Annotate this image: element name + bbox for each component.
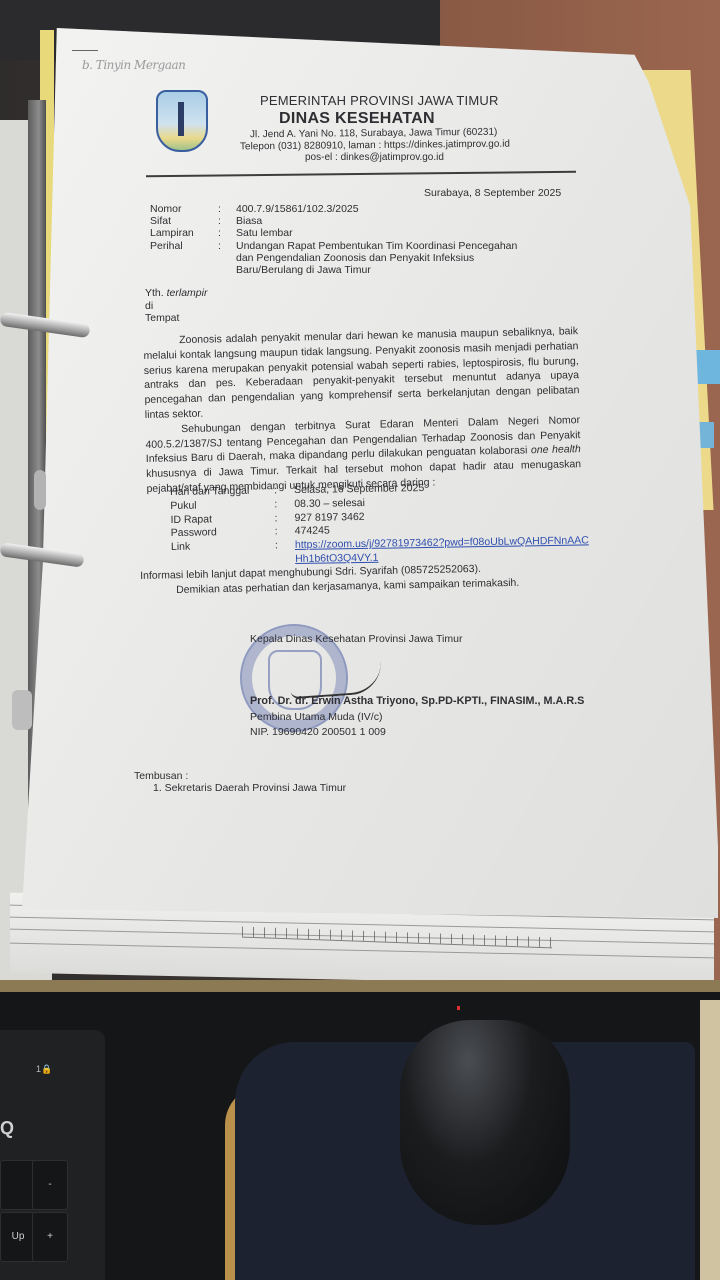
recipient-block: Yth. terlampir di Tempat	[145, 287, 207, 325]
letter-content: b. Tinyin Mergaan PEMERINTAH PROVINSI JA…	[0, 0, 720, 980]
handwritten-note: b. Tinyin Mergaan	[82, 58, 185, 72]
meta-row: Sifat:Biasa	[150, 215, 536, 227]
computer-mouse	[400, 1020, 570, 1225]
letter-body: Zoonosis adalah penyakit menular dari he…	[143, 324, 582, 497]
keyboard-key-minus[interactable]: -	[32, 1160, 68, 1210]
paragraph-zoonosis: Zoonosis adalah penyakit menular dari he…	[143, 324, 580, 423]
signature-icon	[289, 661, 383, 699]
meeting-row: Link:https://zoom.us/j/92781973462?pwd=f…	[171, 535, 595, 569]
keyboard-key-plus[interactable]: +	[32, 1212, 68, 1262]
signatory-nip: NIP. 19690420 200501 1 009	[250, 726, 386, 738]
letterhead-government: PEMERINTAH PROVINSI JAWA TIMUR	[260, 93, 499, 108]
letter-meta: Nomor:400.7.9/15861/102.3/2025 Sifat:Bia…	[150, 203, 536, 276]
wood-surface	[700, 1000, 720, 1280]
lock-indicator-icon: 1🔒	[36, 1064, 52, 1075]
mouse-led	[457, 1006, 460, 1010]
place-date: Surabaya, 8 September 2025	[424, 187, 561, 199]
desk-edge	[0, 980, 720, 992]
meta-row: Nomor:400.7.9/15861/102.3/2025	[150, 203, 536, 215]
letterhead-agency: DINAS KESEHATAN	[279, 110, 435, 128]
signatory-rank: Pembina Utama Muda (IV/c)	[250, 711, 382, 723]
keyboard-key-q[interactable]: Q	[0, 1118, 14, 1139]
letterhead-divider	[146, 171, 576, 178]
letterhead-contact: Telepon (031) 8280910, laman : https://d…	[240, 139, 510, 153]
meta-row: Lampiran:Satu lembar	[150, 227, 536, 239]
cc-item: 1. Sekretaris Daerah Provinsi Jawa Timur	[153, 782, 346, 794]
keyboard-key-up[interactable]: Up	[0, 1212, 36, 1262]
letterhead-email: pos-el : dinkes@jatimprov.go.id	[305, 152, 444, 163]
meta-row: Perihal:Undangan Rapat Pembentukan Tim K…	[150, 240, 536, 277]
zoom-meeting-link[interactable]: https://zoom.us/j/92781973462?pwd=f08oUb…	[295, 535, 595, 567]
signatory-title: Kepala Dinas Kesehatan Provinsi Jawa Tim…	[250, 633, 462, 645]
meeting-details: Hari dan Tanggal:Selasa, 16 September 20…	[170, 479, 595, 568]
keyboard-key[interactable]	[0, 1160, 36, 1210]
cc-label: Tembusan :	[134, 770, 188, 782]
signatory-name: Prof. Dr. dr. Erwin Astha Triyono, Sp.PD…	[250, 695, 584, 707]
provincial-crest-icon	[156, 90, 208, 152]
